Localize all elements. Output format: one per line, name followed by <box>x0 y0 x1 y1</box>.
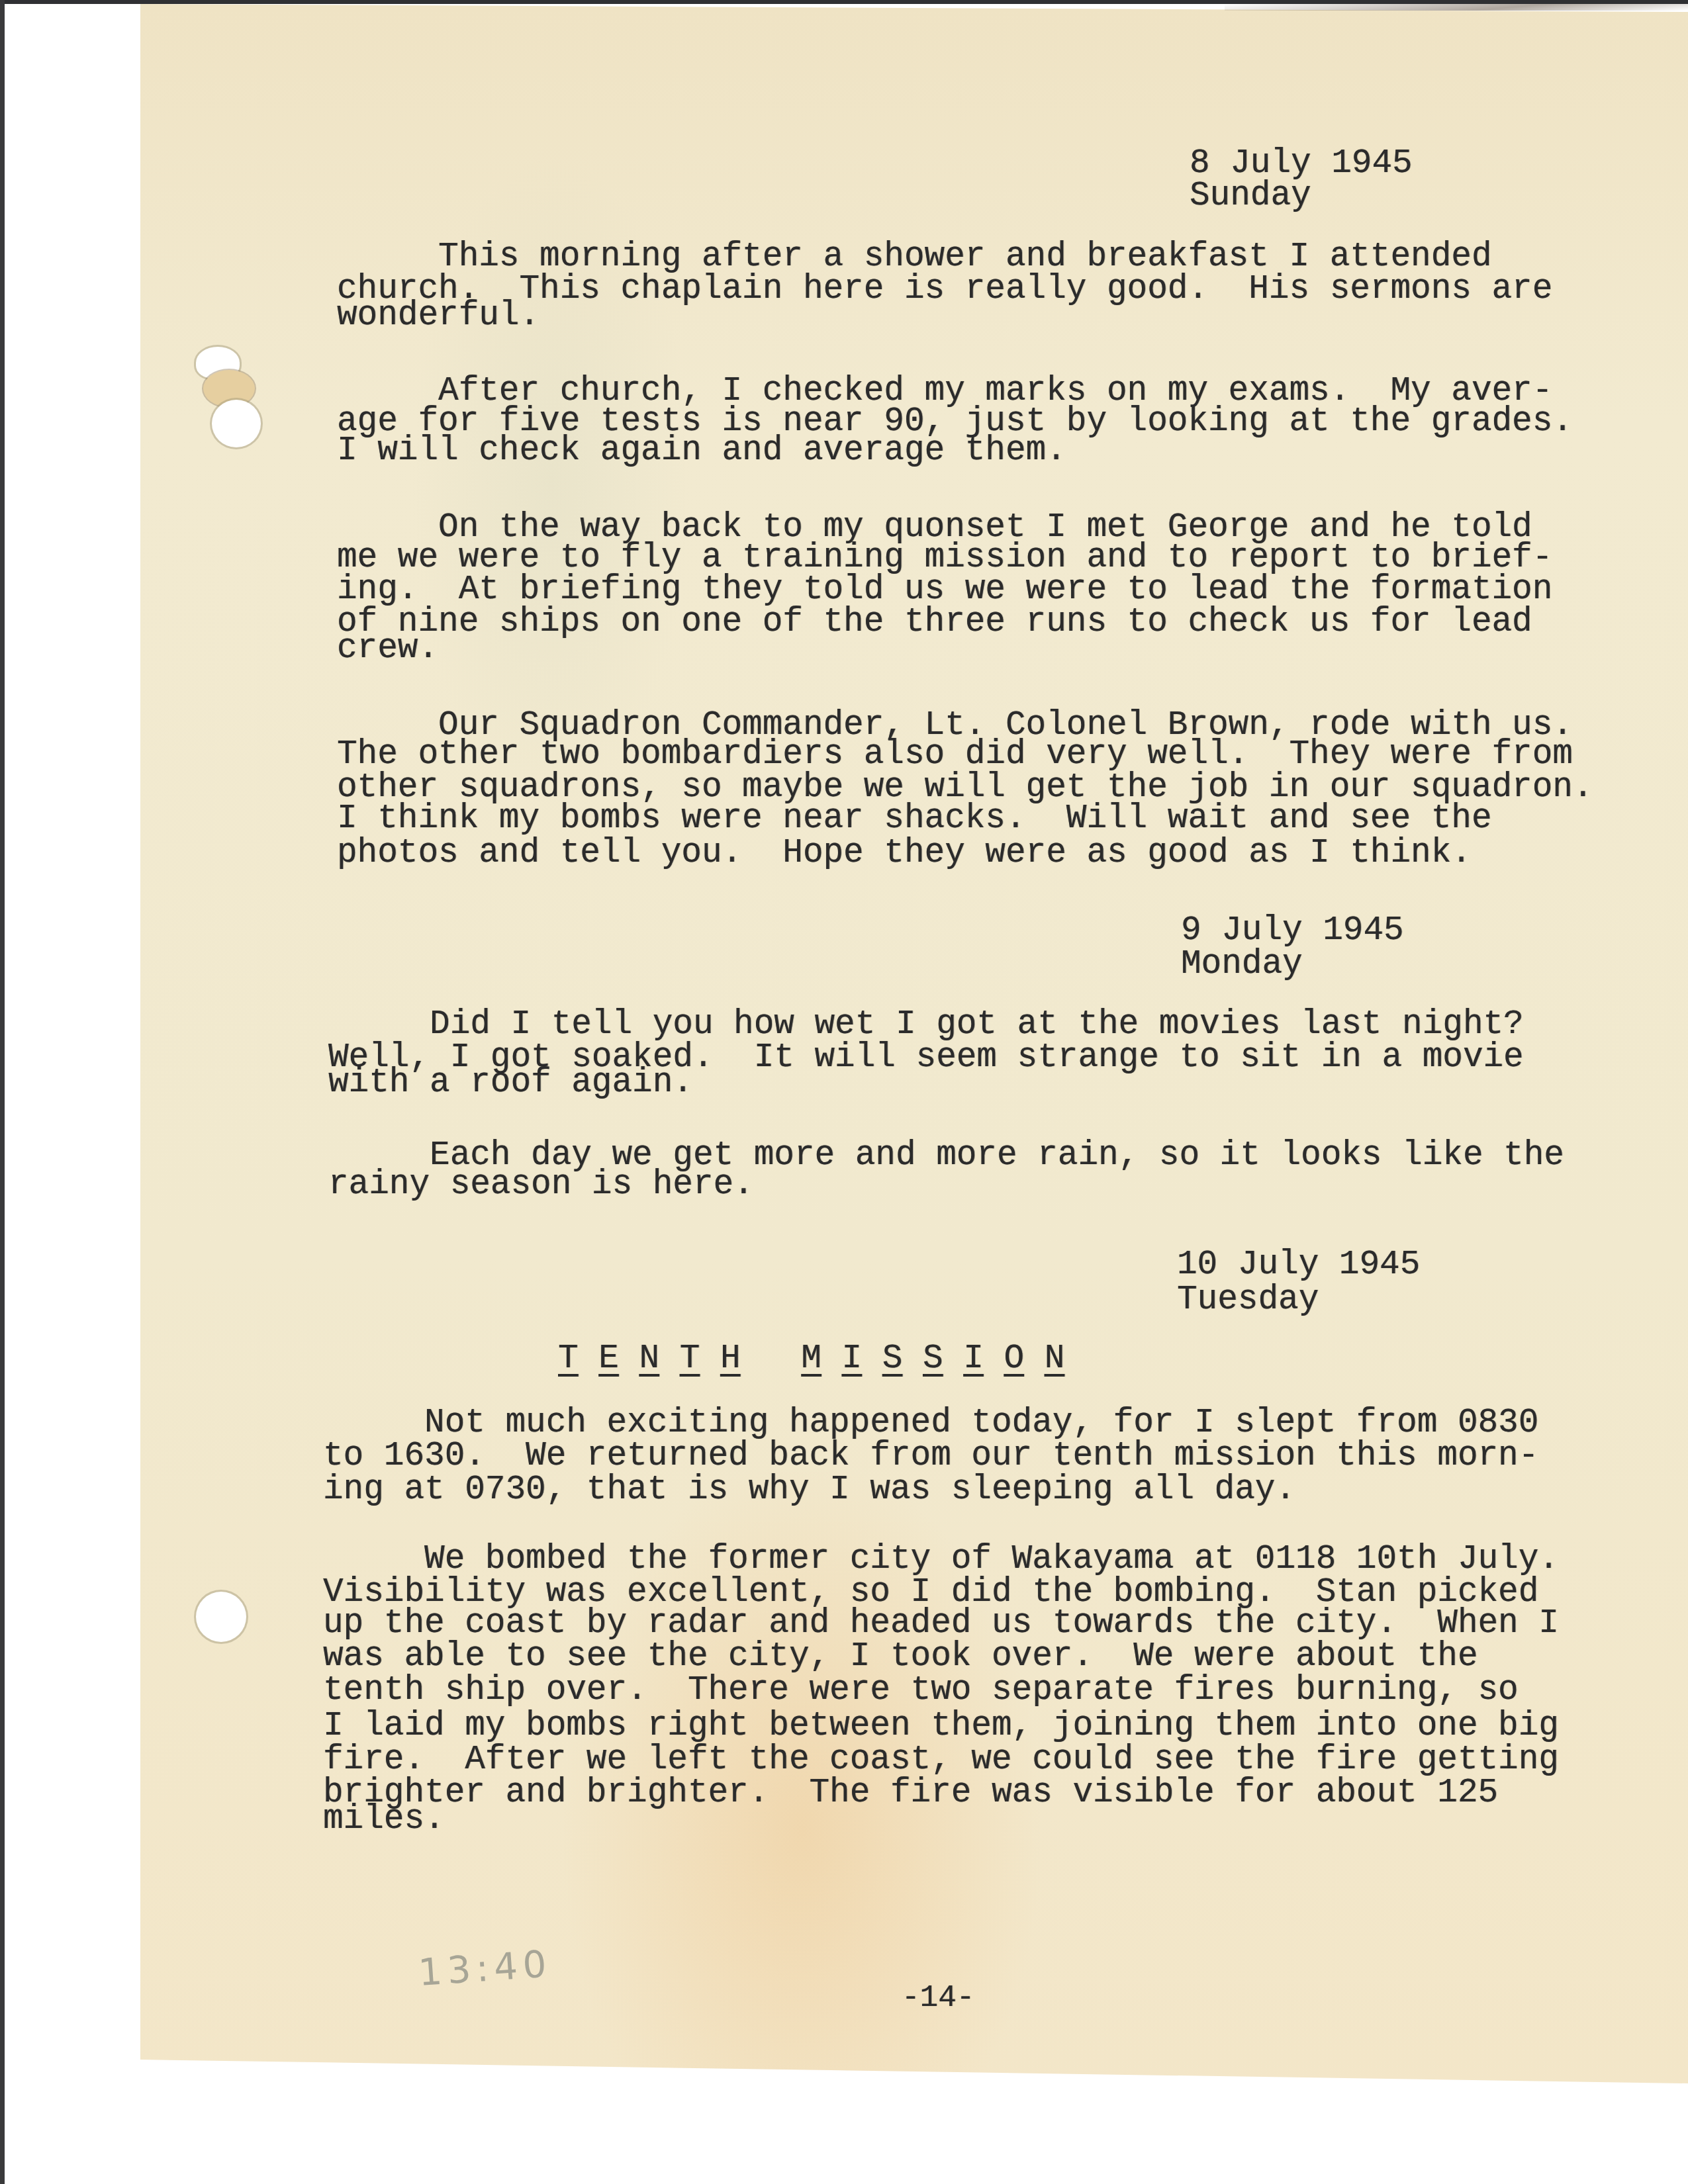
paper-top-edge <box>1225 4 1688 11</box>
entry-date: 8 July 1945 <box>1190 147 1413 181</box>
paragraph-line: brighter and brighter. The fire was visi… <box>323 1776 1498 1810</box>
paragraph-line: Did I tell you how wet I got at the movi… <box>328 1008 1524 1042</box>
page-number: -14- <box>902 1983 974 2013</box>
hole-punch-bottom <box>196 1592 246 1642</box>
paragraph-line: photos and tell you. Hope they were as g… <box>337 837 1472 870</box>
scanner-bed-margin <box>5 4 140 2184</box>
paragraph-line: Not much exciting happened today, for I … <box>323 1406 1538 1440</box>
entry-date: 10 July 1945 <box>1177 1248 1420 1282</box>
scan-border-left <box>0 0 5 2184</box>
paragraph-line: me we were to fly a training mission and… <box>337 541 1552 575</box>
entry-weekday: Sunday <box>1190 179 1311 213</box>
paragraph-line: I think my bombs were near shacks. Will … <box>337 802 1491 836</box>
paragraph-line: fire. After we left the coast, we could … <box>323 1743 1559 1777</box>
hole-punch-top <box>212 400 261 447</box>
paragraph-line: crew. <box>337 632 438 666</box>
paragraph-line: ing. At briefing they told us we were to… <box>337 573 1552 607</box>
paragraph-line: up the coast by radar and headed us towa… <box>323 1607 1559 1641</box>
paragraph-line: tenth ship over. There were two separate… <box>323 1674 1519 1707</box>
paragraph-line: I will check again and average them. <box>337 434 1066 468</box>
paragraph-line: The other two bombardiers also did very … <box>337 738 1573 772</box>
paragraph-line: was able to see the city, I took over. W… <box>323 1640 1477 1674</box>
paragraph-line: I laid my bombs right between them, join… <box>323 1709 1559 1743</box>
paragraph-line: of nine ships on one of the three runs t… <box>337 606 1532 639</box>
paragraph-line: ing at 0730, that is why I was sleeping … <box>323 1473 1295 1507</box>
entry-weekday: Tuesday <box>1177 1283 1319 1317</box>
paragraph-line: This morning after a shower and breakfas… <box>337 240 1491 274</box>
paragraph-line: miles. <box>323 1803 445 1837</box>
paragraph-line: rainy season is here. <box>328 1168 754 1202</box>
section-heading: T E N T H M I S S I O N <box>558 1342 1064 1376</box>
paragraph-line: with a roof again. <box>328 1066 693 1100</box>
entry-weekday: Monday <box>1181 948 1303 981</box>
paragraph-line: to 1630. We returned back from our tenth… <box>323 1439 1538 1473</box>
entry-date: 9 July 1945 <box>1181 914 1404 948</box>
paragraph-line: wonderful. <box>337 299 539 333</box>
paragraph-line: We bombed the former city of Wakayama at… <box>323 1543 1559 1576</box>
